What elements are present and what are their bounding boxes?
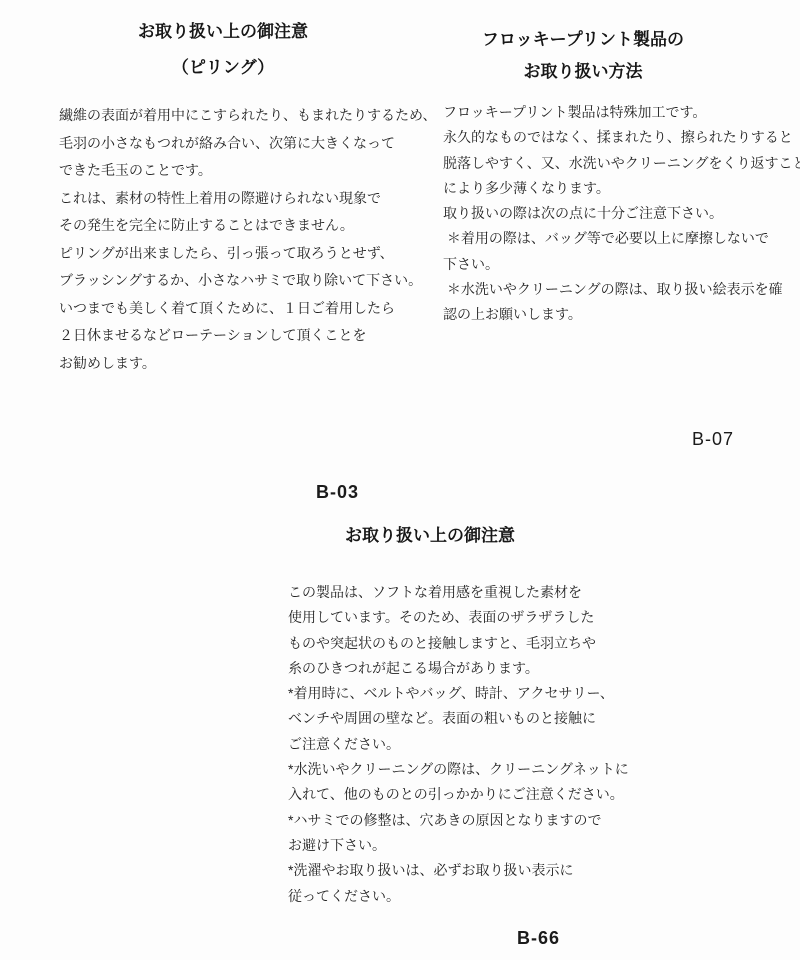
tag-code-b03: B-03: [316, 482, 359, 503]
text-line: 入れて、他のものとの引っかかりにご注意ください。: [288, 782, 629, 807]
pilling-heading-line1: お取り扱い上の御注意: [40, 14, 406, 50]
text-line: その発生を完全に防止することはできません。: [59, 212, 436, 240]
care-section-heading: お取り扱い上の御注意: [280, 524, 580, 548]
text-line: この製品は、ソフトな着用感を重視した素材を: [288, 580, 629, 605]
text-line: 繊維の表面が着用中にこすられたり、もまれたりするため、: [59, 102, 436, 130]
text-line: これは、素材の特性上着用の際避けられない現象で: [59, 185, 436, 213]
tag-code-b66: B-66: [517, 928, 560, 949]
text-line: ご注意ください。: [288, 732, 629, 757]
text-line: *着用時に、ベルトやバッグ、時計、アクセサリー、: [288, 681, 629, 706]
pilling-body-text: 繊維の表面が着用中にこすられたり、もまれたりするため、毛羽の小さなもつれが絡み合…: [59, 102, 436, 377]
text-line: 取り扱いの際は次の点に十分ご注意下さい。: [443, 201, 800, 226]
pilling-section-heading: お取り扱い上の御注意 （ピリング）: [40, 14, 406, 86]
text-line: *ハサミでの修整は、穴あきの原因となりますので: [288, 808, 629, 833]
text-line: ピリングが出来ましたら、引っ張って取ろうとせず、: [59, 240, 436, 268]
text-line: 糸のひきつれが起こる場合があります。: [288, 656, 629, 681]
text-line: ＊着用の際は、バッグ等で必要以上に摩擦しないで: [443, 226, 800, 251]
text-line: 認の上お願いします。: [443, 302, 800, 327]
text-line: により多少薄くなります。: [443, 176, 800, 201]
text-line: できた毛玉のことです。: [59, 157, 436, 185]
text-line: いつまでも美しく着て頂くために、１日ご着用したら: [59, 295, 436, 323]
text-line: *水洗いやクリーニングの際は、クリーニングネットに: [288, 757, 629, 782]
flocky-heading-line2: お取り扱い方法: [433, 56, 733, 88]
text-line: 脱落しやすく、又、水洗いやクリーニングをくり返すこと: [443, 151, 800, 176]
text-line: お避け下さい。: [288, 833, 629, 858]
care-instructions-document: お取り扱い上の御注意 （ピリング） 繊維の表面が着用中にこすられたり、もまれたり…: [0, 0, 800, 960]
text-line: *洗濯やお取り扱いは、必ずお取り扱い表示に: [288, 858, 629, 883]
text-line: ベンチや周囲の壁など。表面の粗いものと接触に: [288, 706, 629, 731]
text-line: 従ってください。: [288, 884, 629, 909]
flocky-heading-line1: フロッキープリント製品の: [433, 24, 733, 56]
text-line: 使用しています。そのため、表面のザラザラした: [288, 605, 629, 630]
flocky-body-text: フロッキープリント製品は特殊加工です。永久的なものではなく、揉まれたり、擦られた…: [443, 100, 800, 328]
text-line: 下さい。: [443, 252, 800, 277]
care-body-text: この製品は、ソフトな着用感を重視した素材を使用しています。そのため、表面のザラザ…: [288, 580, 629, 909]
text-line: フロッキープリント製品は特殊加工です。: [443, 100, 800, 125]
text-line: ＊水洗いやクリーニングの際は、取り扱い絵表示を確: [443, 277, 800, 302]
text-line: ものや突起状のものと接触しますと、毛羽立ちや: [288, 631, 629, 656]
tag-code-b07: B-07: [692, 429, 734, 450]
text-line: 毛羽の小さなもつれが絡み合い、次第に大きくなって: [59, 130, 436, 158]
pilling-heading-line2: （ピリング）: [40, 50, 406, 86]
flocky-section-heading: フロッキープリント製品の お取り扱い方法: [433, 24, 733, 88]
text-line: お勧めします。: [59, 350, 436, 378]
text-line: ２日休ませるなどローテーションして頂くことを: [59, 322, 436, 350]
text-line: ブラッシングするか、小さなハサミで取り除いて下さい。: [59, 267, 436, 295]
text-line: 永久的なものではなく、揉まれたり、擦られたりすると: [443, 125, 800, 150]
